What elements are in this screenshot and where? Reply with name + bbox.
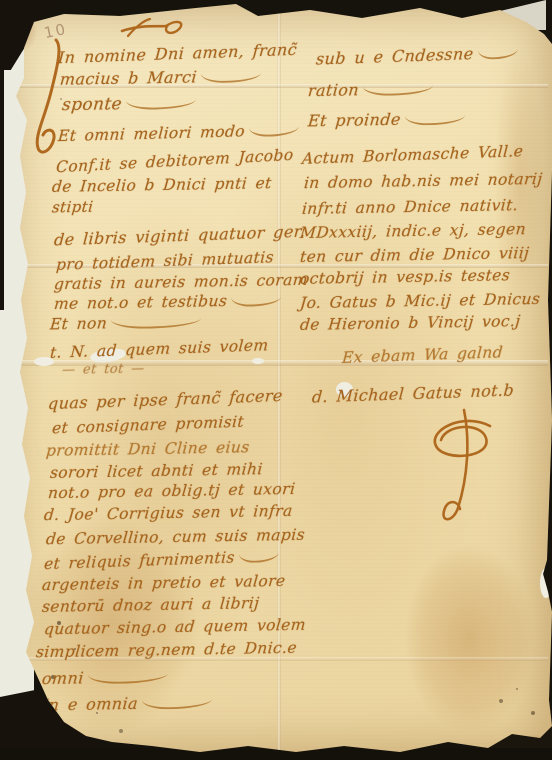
line-text: quas per ipse franc̃ facere <box>47 386 283 413</box>
invocation-cross-icon <box>116 14 188 40</box>
text-line: infr.ti anno Dnice nativit. <box>302 196 518 218</box>
line-text: Jo. Gatus b Mic.ij et Dnicus <box>299 290 541 312</box>
text-line: de Corvellino, cum suis mapis <box>46 526 305 549</box>
line-text: quatuor sing.o ad quem volem <box>43 616 306 639</box>
text-line: sub u e Cndessne <box>316 42 518 68</box>
line-text: macius b Marci <box>59 67 198 88</box>
text-line: promittit Dni Cline eius <box>46 438 250 460</box>
text-line: argenteis in pretio et valore <box>42 572 286 594</box>
manuscript-page: 10 In nomine Dni amen, franc̃ macius b M… <box>0 0 552 760</box>
line-text: et consignare promisit <box>51 413 244 438</box>
text-line: MDxxxiij, indic.e xj, segen <box>300 220 526 242</box>
flourish-tail <box>201 71 261 83</box>
text-line: ten cur dim die Dnico viiij <box>300 244 530 266</box>
text-line: sponte <box>62 93 196 115</box>
flourish-tail <box>142 698 212 710</box>
text-line: t. N. ad quem suis volem <box>50 336 269 362</box>
line-text: in domo hab.nis mei notarij <box>303 170 543 192</box>
flourish-tail <box>477 47 517 59</box>
text-line: octobrij in vesp.is testes <box>300 266 510 288</box>
line-text: MDxxxiij, indic.e xj, segen <box>299 220 527 242</box>
line-text: omni <box>41 668 84 688</box>
line-text: sponte <box>61 94 123 115</box>
text-line: Actum Borlomasche Vall.e <box>302 142 524 168</box>
line-text: d. Joe' Corrigius sen vt infra <box>43 502 293 524</box>
text-line: In nomine Dni amen, franc̃ <box>58 40 298 67</box>
text-line: quas per ipse franc̃ facere <box>48 386 283 413</box>
text-line: et consignare promisit <box>52 413 245 438</box>
line-text: pro totidem sibi mutuatis <box>55 248 274 274</box>
line-text: stipti <box>51 198 94 217</box>
line-text: Et proinde <box>307 110 402 131</box>
flourish-tail <box>111 317 201 330</box>
line-text: de Corvellino, cum suis mapis <box>45 526 306 549</box>
line-text: de Hieronio b Vincij voc.j <box>299 312 521 334</box>
text-line: In e omnia <box>42 693 212 715</box>
text-line: stipti <box>52 198 94 217</box>
line-text: infr.ti anno Dnice nativit. <box>301 196 519 218</box>
flourish-tail <box>405 114 465 126</box>
line-text: argenteis in pretio et valore <box>41 572 286 594</box>
text-line: not.o pro ea oblig.tj et uxori <box>48 480 296 502</box>
text-line: de Incelio b Dnici pnti et <box>52 174 272 196</box>
line-text: promittit Dni Cline eius <box>45 438 250 460</box>
line-text: ten cur dim die Dnico viiij <box>299 244 530 266</box>
line-text: Actum Borlomasche Vall.e <box>301 142 524 168</box>
line-text: octobrij in vesp.is testes <box>299 266 511 288</box>
text-line: Et omni meliori modo <box>58 121 299 145</box>
text-line: me not.o et testibus <box>54 291 282 313</box>
text-line: Conf.it se debitorem Jacobo <box>56 146 294 176</box>
shadow-left-edge <box>0 50 4 310</box>
flourish-tail <box>126 98 196 110</box>
text-line: quatuor sing.o ad quem volem <box>44 616 306 639</box>
shadow-bottom-edge <box>0 748 552 760</box>
line-text: sorori licet abnti et mihi <box>49 460 263 482</box>
flourish-tail <box>363 84 433 96</box>
text-line: d. Joe' Corrigius sen vt infra <box>44 502 293 524</box>
line-text: de Incelio b Dnici pnti et <box>51 174 272 196</box>
text-line: gratis in aureis mon.is coram <box>54 271 308 293</box>
text-line: Et non <box>50 313 201 334</box>
text-line: sentorū dnoz auri a librij <box>42 594 260 616</box>
text-line: Et proinde <box>308 109 465 131</box>
line-text: In nomine Dni amen, franc̃ <box>57 40 297 67</box>
flourish-tail <box>239 551 279 563</box>
line-text: not.o pro ea oblig.tj et uxori <box>47 480 296 502</box>
notary-paraph-flourish <box>408 404 503 529</box>
line-text: gratis in aureis mon.is coram <box>53 271 308 293</box>
text-line: ration <box>308 79 433 100</box>
line-text: ration <box>307 80 360 100</box>
text-line: omni <box>42 667 168 688</box>
text-line: de libris viginti quatuor ger. <box>54 222 306 250</box>
text-line: macius b Marci <box>60 66 261 89</box>
text-line: de Hieronio b Vincij voc.j <box>300 312 521 334</box>
paper-hole <box>252 358 264 364</box>
line-text: sentorū dnoz auri a librij <box>41 594 260 616</box>
text-line: sorori licet abnti et mihi <box>50 460 263 482</box>
line-text: me not.o et testibus <box>53 292 228 313</box>
line-text: Et omni meliori modo <box>57 122 245 145</box>
flourish-tail <box>249 125 299 137</box>
line-text: t. N. ad quem suis volem <box>49 336 269 362</box>
text-line: et reliquis furnimentis <box>44 547 279 573</box>
line-text: de libris viginti quatuor ger. <box>53 222 306 250</box>
text-line: in domo hab.nis mei notarij <box>304 170 543 192</box>
line-text: et reliquis furnimentis <box>43 548 235 573</box>
flourish-tail <box>88 672 168 684</box>
line-text: sub u e Cndessne <box>315 44 474 69</box>
flourish-tail <box>231 295 281 307</box>
line-text: Et non <box>49 314 108 333</box>
line-text: — et tot — <box>61 361 145 377</box>
text-line: Jo. Gatus b Mic.ij et Dnicus <box>300 290 541 312</box>
text-line: pro totidem sibi mutuatis <box>56 248 275 274</box>
cancelled-line: — et tot — <box>62 361 145 377</box>
paper-hole <box>540 568 552 598</box>
manuscript-scan: 10 In nomine Dni amen, franc̃ macius b M… <box>0 0 552 760</box>
line-text: Conf.it se debitorem Jacobo <box>56 146 294 177</box>
